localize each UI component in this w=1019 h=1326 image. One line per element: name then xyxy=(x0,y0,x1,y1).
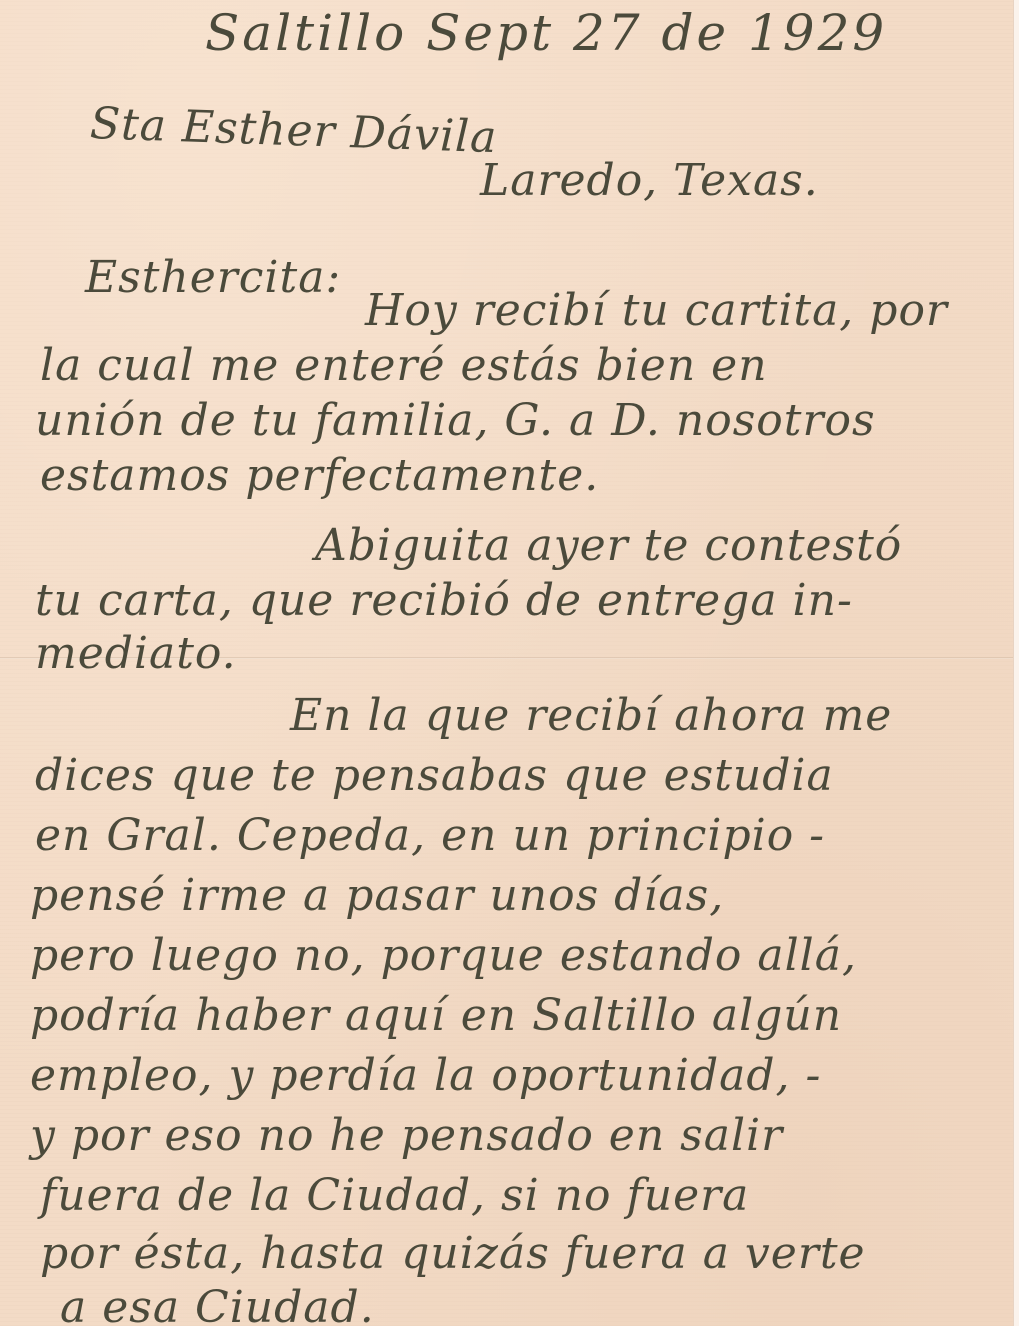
letter-line: pensé irme a pasar unos días, xyxy=(30,870,724,921)
recipient-city: Laredo, Texas. xyxy=(480,155,819,206)
paper-edge xyxy=(1013,0,1019,1326)
letter-line: Hoy recibí tu cartita, por xyxy=(365,285,948,336)
letter-line: por ésta, hasta quizás fuera a verte xyxy=(40,1228,866,1279)
letter-line: dices que te pensabas que estudia xyxy=(35,750,834,801)
letter-line: empleo, y perdía la oportunidad, - xyxy=(30,1050,821,1101)
letter-line: la cual me enteré estás bien en xyxy=(40,340,768,391)
letter-line: En la que recibí ahora me xyxy=(290,690,892,741)
salutation: Esthercita: xyxy=(85,252,341,303)
letter-line: mediato. xyxy=(35,628,237,679)
letter-line: Abiguita ayer te contestó xyxy=(315,520,902,571)
letter-line: unión de tu familia, G. a D. nosotros xyxy=(35,395,876,446)
letter-line: fuera de la Ciudad, si no fuera xyxy=(40,1170,749,1221)
letter-line: y por eso no he pensado en salir xyxy=(30,1110,783,1161)
letter-line: estamos perfectamente. xyxy=(40,450,599,501)
place-date-header: Saltillo Sept 27 de 1929 xyxy=(205,4,887,62)
letter-line: tu carta, que recibió de entrega in- xyxy=(35,575,853,626)
letter-line: a esa Ciudad. xyxy=(60,1282,375,1326)
letter-line: podría haber aquí en Saltillo algún xyxy=(30,990,842,1041)
letter-line: pero luego no, porque estando allá, xyxy=(30,930,857,981)
letter-line: en Gral. Cepeda, en un principio - xyxy=(35,810,825,861)
